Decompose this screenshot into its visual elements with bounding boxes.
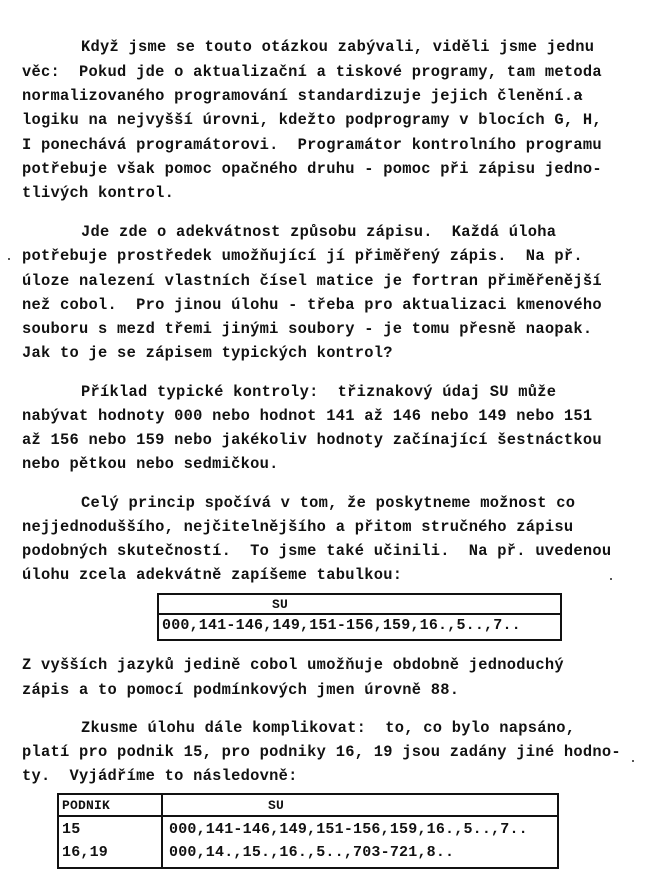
- scan-speck: [8, 258, 10, 260]
- table-cell-podnik: 15: [62, 821, 80, 839]
- text-line: Jak to je se zápisem typických kontrol?: [22, 344, 393, 362]
- text-line: podobných skutečností. To jsme také učin…: [22, 542, 611, 560]
- text-line: Z vyšších jazyků jedině cobol umožňuje o…: [22, 656, 564, 674]
- text-line: potřebuje prostředek umožňující jí přimě…: [22, 247, 583, 265]
- text-line: nejjednoduššího, nejčitelnějšího a přito…: [22, 518, 573, 536]
- table-column-divider: [161, 795, 163, 867]
- table-header-su: SU: [272, 596, 288, 614]
- text-line: Jde zde o adekvátnost způsobu zápisu. Ka…: [81, 223, 556, 241]
- su-table: SU 000,141-146,149,151-156,159,16.,5..,7…: [157, 593, 562, 641]
- text-line: souboru s mezd třemi jinými soubory - je…: [22, 320, 592, 338]
- text-line: věc: Pokud jde o aktualizační a tiskové …: [22, 63, 602, 81]
- text-line: platí pro podnik 15, pro podniky 16, 19 …: [22, 743, 621, 761]
- table-divider: [59, 815, 557, 817]
- podnik-su-table: PODNIK SU 15 000,141-146,149,151-156,159…: [57, 793, 559, 869]
- table-cell: 000,141-146,149,151-156,159,16.,5..,7..: [162, 617, 521, 635]
- text-line: až 156 nebo 159 nebo jakékoliv hodnoty z…: [22, 431, 602, 449]
- text-line: úloze nalezení vlastních čísel matice je…: [22, 272, 602, 290]
- table-header-podnik: PODNIK: [62, 797, 110, 815]
- scan-speck: [580, 94, 582, 96]
- text-line: nebo pětkou nebo sedmičkou.: [22, 455, 279, 473]
- text-line: potřebuje však pomoc opačného druhu - po…: [22, 160, 602, 178]
- text-line: Když jsme se touto otázkou zabývali, vid…: [81, 38, 594, 56]
- text-line: nabývat hodnoty 000 nebo hodnot 141 až 1…: [22, 407, 592, 425]
- text-line: než cobol. Pro jinou úlohu - třeba pro a…: [22, 296, 602, 314]
- text-line: tlivých kontrol.: [22, 184, 174, 202]
- text-line: normalizovaného programování standardizu…: [22, 87, 583, 105]
- scan-speck: [632, 760, 634, 762]
- text-line: Příklad typické kontroly: třiznakový úda…: [81, 383, 556, 401]
- text-line: Celý princip spočívá v tom, že poskytnem…: [81, 494, 575, 512]
- text-line: Zkusme úlohu dále komplikovat: to, co by…: [81, 719, 575, 737]
- table-cell-su: 000,14.,15.,16.,5..,703-721,8..: [169, 844, 454, 862]
- table-cell-podnik: 16,19: [62, 844, 108, 862]
- table-divider: [159, 613, 560, 615]
- scan-speck: [610, 578, 612, 580]
- table-header-su: SU: [268, 797, 284, 815]
- text-line: I ponechává programátorovi. Programátor …: [22, 136, 602, 154]
- text-line: ty. Vyjádříme to následovně:: [22, 767, 298, 785]
- text-line: úlohu zcela adekvátně zapíšeme tabulkou:: [22, 566, 402, 584]
- text-line: logiku na nejvyšší úrovni, kdežto podpro…: [22, 111, 602, 129]
- table-cell-su: 000,141-146,149,151-156,159,16.,5..,7..: [169, 821, 528, 839]
- text-line: zápis a to pomocí podmínkových jmen úrov…: [22, 681, 459, 699]
